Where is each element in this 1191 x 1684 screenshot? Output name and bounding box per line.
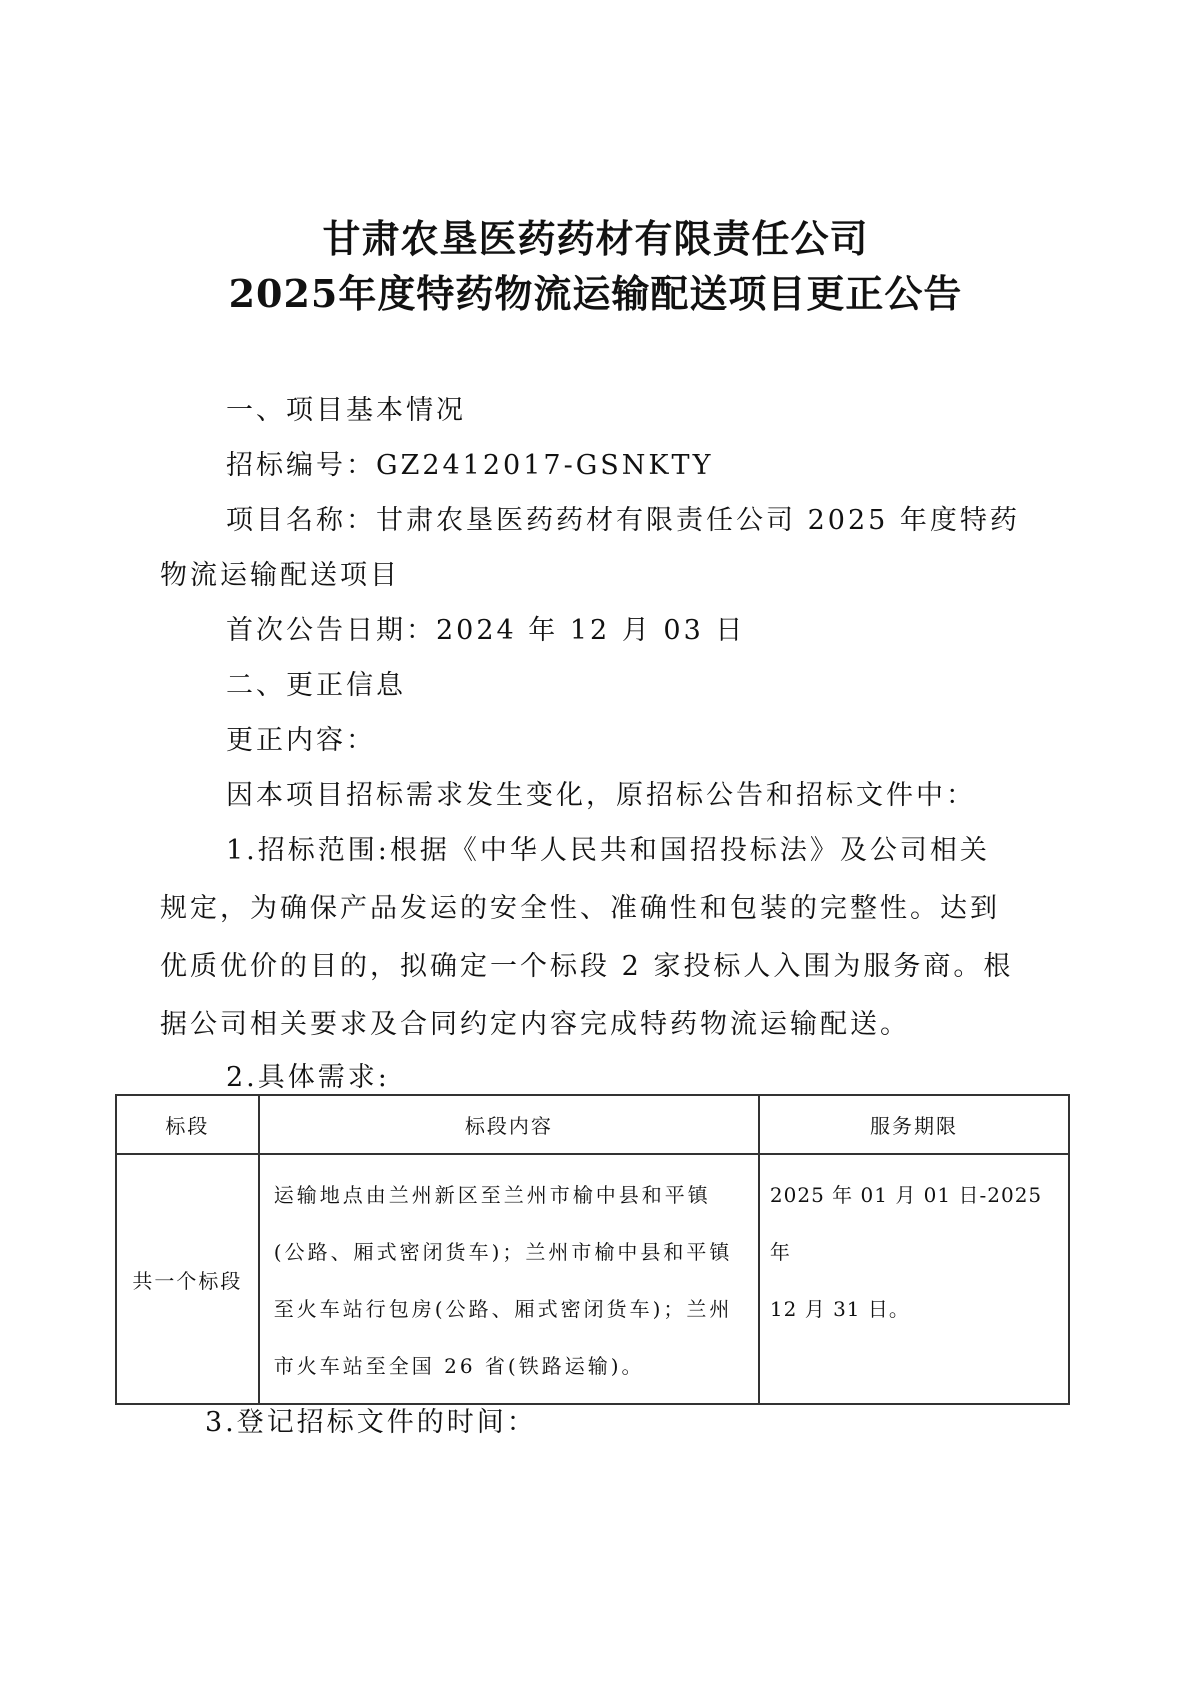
section1-heading: 一、项目基本情况 <box>226 388 466 427</box>
first-announce-date: 首次公告日期：2024 年 12 月 03 日 <box>226 608 745 647</box>
segment-cell: 共一个标段 <box>116 1154 259 1404</box>
period-line: 12 月 31 日。 <box>770 1281 1062 1338</box>
item1-line: 1.招标范围:根据《中华人民共和国招投标法》及公司相关 <box>226 828 990 867</box>
item1-line: 规定，为确保产品发运的安全性、准确性和包装的完整性。达到 <box>160 886 1000 925</box>
item1-line: 优质优价的目的，拟确定一个标段 2 家投标人入围为服务商。根 <box>160 944 1013 983</box>
content-line: 市火车站至全国 26 省(铁路运输)。 <box>274 1338 748 1395</box>
item3-label: 3.登记招标文件的时间： <box>205 1400 537 1439</box>
correction-intro: 因本项目招标需求发生变化，原招标公告和招标文件中： <box>226 773 976 812</box>
period-line: 2025 年 01 月 01 日-2025 年 <box>770 1167 1062 1281</box>
content-cell: 运输地点由兰州新区至兰州市榆中县和平镇 (公路、厢式密闭货车)；兰州市榆中县和平… <box>259 1154 759 1404</box>
header-content: 标段内容 <box>259 1095 759 1154</box>
header-segment: 标段 <box>116 1095 259 1154</box>
bid-number: 招标编号：GZ2412017-GSNKTY <box>226 443 713 482</box>
content-line: 至火车站行包房(公路、厢式密闭货车)；兰州 <box>274 1281 748 1338</box>
requirements-table: 标段 标段内容 服务期限 共一个标段 运输地点由兰州新区至兰州市榆中县和平镇 (… <box>115 1094 1070 1405</box>
item1-line: 据公司相关要求及合同约定内容完成特药物流运输配送。 <box>160 1002 910 1041</box>
item2-label: 2.具体需求: <box>226 1055 390 1094</box>
correction-label: 更正内容： <box>226 718 376 757</box>
table-row: 共一个标段 运输地点由兰州新区至兰州市榆中县和平镇 (公路、厢式密闭货车)；兰州… <box>116 1154 1069 1404</box>
table-header-row: 标段 标段内容 服务期限 <box>116 1095 1069 1154</box>
content-line: 运输地点由兰州新区至兰州市榆中县和平镇 <box>274 1167 748 1224</box>
project-name-line2: 物流运输配送项目 <box>160 553 400 592</box>
header-period: 服务期限 <box>759 1095 1069 1154</box>
document-title-line1: 甘肃农垦医药药材有限责任公司 <box>0 208 1191 263</box>
document-title-line2: 2025年度特药物流运输配送项目更正公告 <box>0 263 1191 318</box>
project-name-line1: 项目名称：甘肃农垦医药药材有限责任公司 2025 年度特药 <box>226 498 1020 537</box>
content-line: (公路、厢式密闭货车)；兰州市榆中县和平镇 <box>274 1224 748 1281</box>
section2-heading: 二、更正信息 <box>226 663 406 702</box>
period-cell: 2025 年 01 月 01 日-2025 年 12 月 31 日。 <box>759 1154 1069 1404</box>
